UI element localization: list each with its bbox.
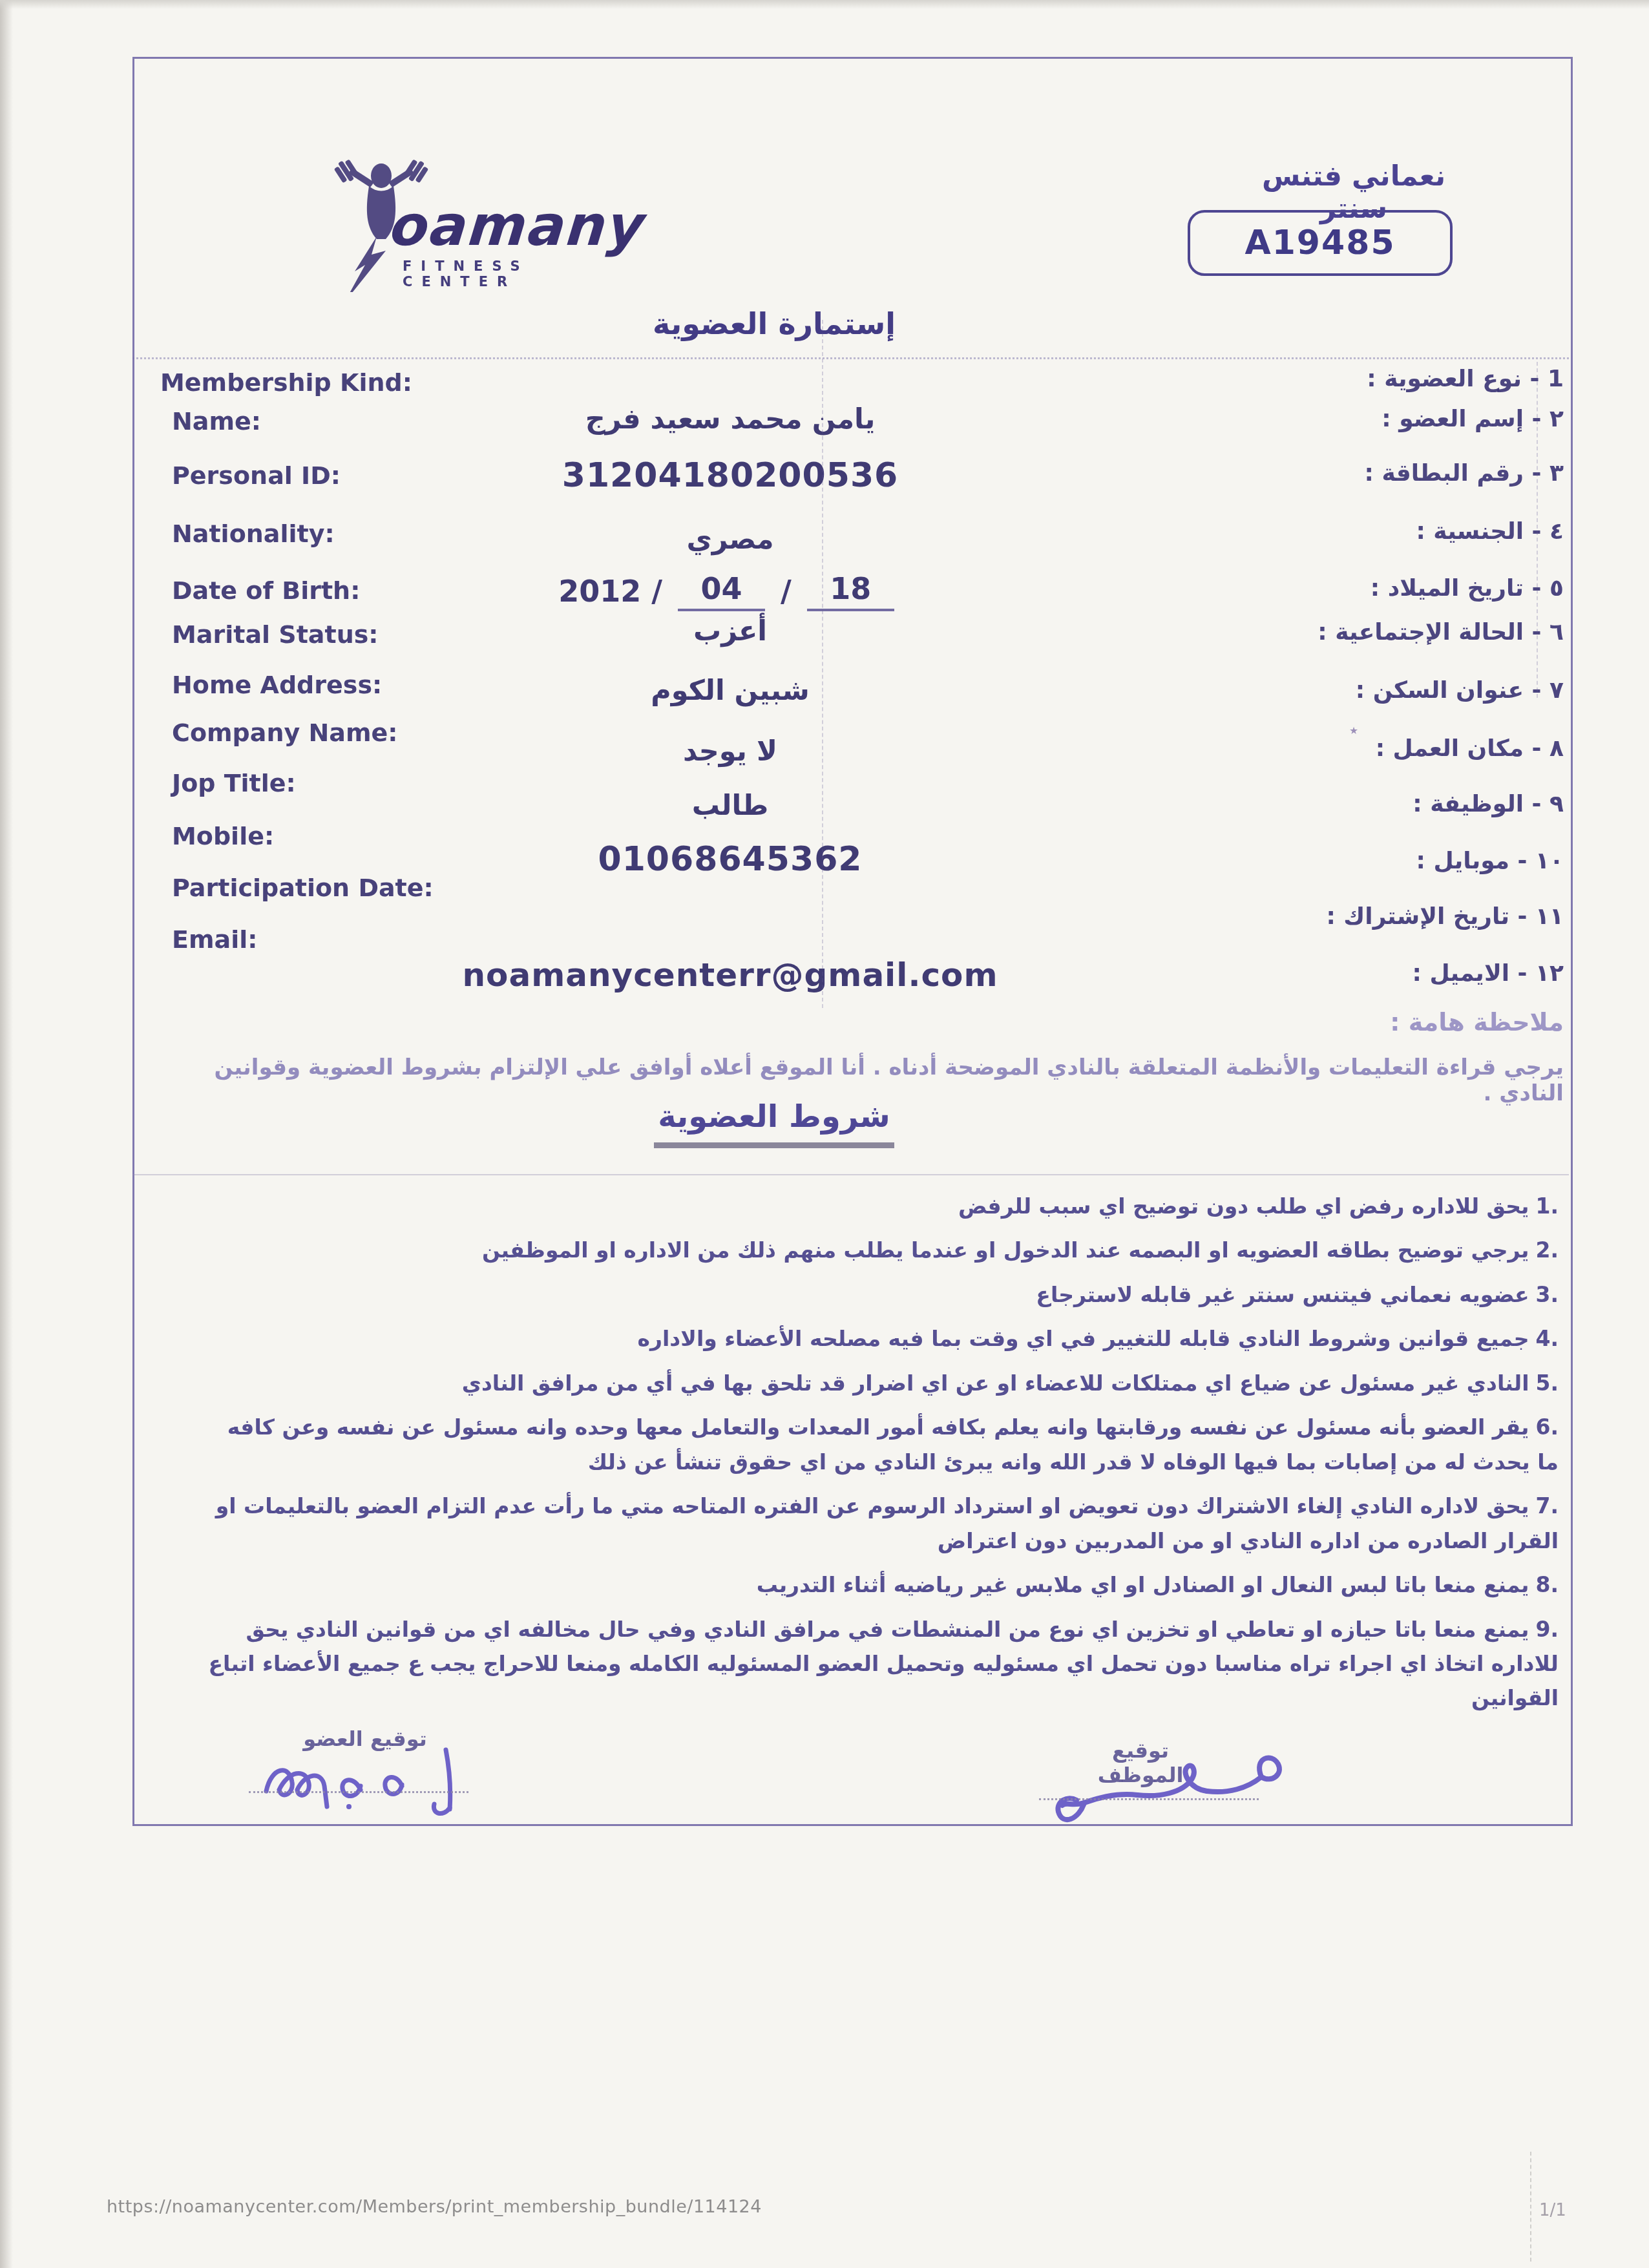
member-signature-line (249, 1791, 468, 1793)
field-label-ar-personal-id: ٣ - رقم البطاقة : (1364, 460, 1564, 487)
page-number: 1/1 (1539, 2201, 1566, 2220)
field-value-name: يامن محمد سعيد فرج (452, 403, 1008, 436)
term-item-8: 8.يمنع منعا باتا لبس النعال او الصنادل ا… (207, 1568, 1559, 1602)
field-value-company-name: لا يوجد (452, 735, 1008, 768)
member-signature-handwriting (252, 1745, 475, 1822)
term-item-6: 6.يقر العضو بأنه مسئول عن نفسه ورقابتها … (207, 1410, 1559, 1479)
field-label-email: Email: (172, 925, 257, 954)
term-item-4: 4.جميع قوانين وشروط النادي قابله للتغيير… (207, 1321, 1559, 1356)
field-label-marital-status: Marital Status: (172, 620, 379, 649)
field-label-ar-participation-date: ١١ - تاريخ الإشتراك : (1326, 903, 1564, 930)
noamany-logo: oamany FITNESS CENTER (326, 156, 624, 292)
staff-signature-handwriting (1034, 1743, 1286, 1831)
field-label-ar-date-of-birth: ٥ - تاريخ الميلاد : (1371, 575, 1564, 602)
important-note-heading: ملاحظة هامة : (1390, 1008, 1564, 1036)
field-value-home-address: شبين الكوم (452, 675, 1008, 707)
field-value-marital-status: أعزب (452, 615, 1008, 647)
field-label-ar-membership-kind: 1 - نوع العضوية : (1367, 366, 1564, 392)
field-label-date-of-birth: Date of Birth: (172, 576, 360, 605)
membership-terms-list: 1.يحق للاداره رفض اي طلب دون توضيح اي سب… (207, 1189, 1559, 1725)
field-label-ar-company-name: ٨ - مكان العمل : (1376, 735, 1564, 762)
term-item-1: 1.يحق للاداره رفض اي طلب دون توضيح اي سب… (207, 1189, 1559, 1223)
field-value-email: noamanycenterr@gmail.com (452, 956, 1008, 994)
field-label-ar-jop-title: ٩ - الوظيفة : (1413, 791, 1564, 817)
field-label-jop-title: Jop Title: (172, 769, 296, 797)
term-item-3: 3.عضويه نعماني فيتنس سنتر غير قابله لاست… (207, 1277, 1559, 1312)
field-label-ar-marital-status: ٦ - الحالة الإجتماعية : (1318, 619, 1564, 646)
dob-day: 18 (807, 571, 894, 611)
dob-month: 04 (678, 571, 765, 611)
field-value-personal-id: 31204180200536 (452, 456, 1008, 495)
field-label-ar-mobile: ١٠ - موبايل : (1416, 848, 1564, 874)
term-item-7: 7.يحق لاداره النادي إلغاء الاشتراك دون ت… (207, 1489, 1559, 1558)
print-source-url: https://noamanycenter.com/Members/print_… (107, 2197, 762, 2217)
header-separator-line (132, 357, 1569, 359)
field-label-personal-id: Personal ID: (172, 461, 341, 490)
scan-artifact-line (1530, 2152, 1531, 2262)
staff-signature-line (1039, 1798, 1259, 1800)
field-label-ar-email: ١٢ - الايميل : (1412, 960, 1564, 987)
field-value-jop-title: طالب (452, 790, 1008, 822)
field-label-ar-nationality: ٤ - الجنسية : (1416, 518, 1564, 545)
term-item-9: 9.يمنع منعا باتا حيازه او تعاطي او تخزين… (207, 1612, 1559, 1716)
field-value-date-of-birth: 2012 / 04 / 18 (452, 571, 1008, 611)
field-value-mobile: 01068645362 (452, 840, 1008, 879)
membership-code-badge: A19485 (1188, 210, 1453, 276)
logo-subtitle: FITNESS CENTER (403, 258, 624, 289)
term-item-2: 2.يرجي توضيح بطاقه العضويه او البصمه عند… (207, 1233, 1559, 1267)
scan-stray-mark: ٭ (1349, 721, 1358, 740)
field-label-home-address: Home Address: (172, 671, 382, 699)
terms-title: شروط العضوية (580, 1098, 968, 1148)
field-label-participation-date: Participation Date: (172, 874, 434, 902)
scanned-membership-form-page: oamany FITNESS CENTER نعماني فتنس سنتر A… (0, 0, 1649, 2268)
field-label-membership-kind: Membership Kind: (160, 368, 412, 397)
field-label-nationality: Nationality: (172, 520, 335, 548)
field-label-company-name: Company Name: (172, 719, 398, 747)
field-value-nationality: مصري (452, 523, 1008, 556)
scan-artifact-line (1537, 362, 1538, 698)
field-label-ar-home-address: ٧ - عنوان السكن : (1356, 677, 1564, 704)
field-label-mobile: Mobile: (172, 822, 274, 850)
term-item-5: 5.النادي غير مسئول عن ضياع اي ممتلكات لل… (207, 1366, 1559, 1400)
form-title: إستمارة العضوية (580, 306, 968, 341)
dob-slash: / (781, 574, 792, 611)
logo-wordmark: oamany (388, 194, 649, 258)
field-label-name: Name: (172, 407, 261, 436)
dob-year-slash: 2012 / (558, 574, 662, 611)
terms-separator-line (132, 1174, 1569, 1175)
scan-artifact-line (822, 320, 823, 1008)
